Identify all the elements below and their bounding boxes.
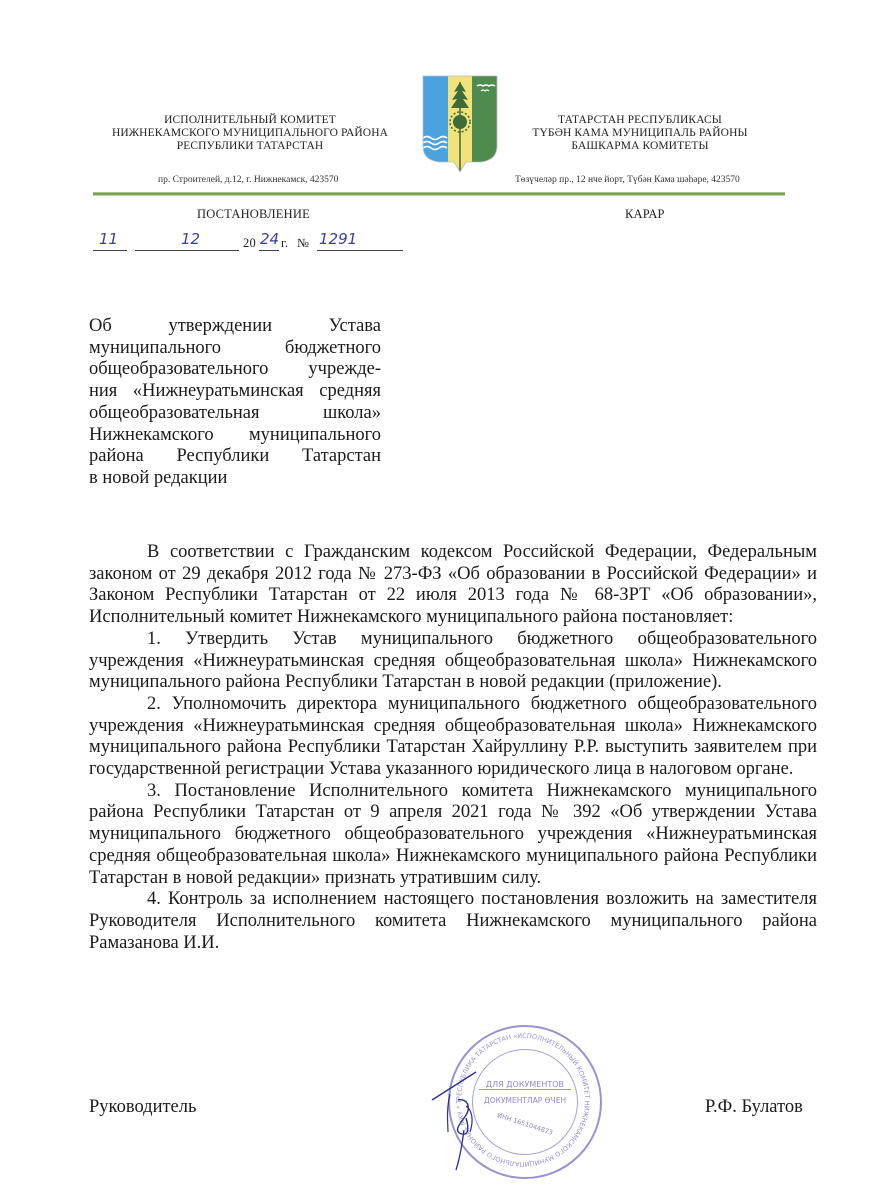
doc-title: Об утверждении Устава муниципального бюд…: [89, 316, 381, 490]
letterhead-left-address: пр. Строителей, д.12, г. Нижнекамск, 423…: [158, 175, 338, 185]
signature-position: Руководитель: [89, 1097, 196, 1118]
title-line: общеобразовательная школа»: [89, 403, 381, 425]
year-suffix: 24: [260, 230, 279, 248]
letterhead-left: ИСПОЛНИТЕЛЬНЫЙ КОМИТЕТ НИЖНЕКАМСКОГО МУН…: [100, 114, 400, 153]
letterhead-left-line-3: РЕСПУБЛИКИ ТАТАРСТАН: [100, 140, 400, 153]
doc-kind-ru: ПОСТАНОВЛЕНИЕ: [197, 207, 310, 222]
letterhead-divider: [93, 192, 785, 196]
letterhead-right: ТАТАРСТАН РЕСПУБЛИКАСЫ ТҮБӘН КАМА МУНИЦИ…: [500, 114, 780, 153]
letterhead-right-line-2: ТҮБӘН КАМА МУНИЦИПАЛЬ РАЙОНЫ: [500, 127, 780, 140]
handwritten-signature-icon: [428, 1070, 498, 1175]
letterhead-right-line-1: ТАТАРСТАН РЕСПУБЛИКАСЫ: [500, 114, 780, 127]
clause-3: 3. Постановление Исполнительного комитет…: [89, 781, 817, 890]
doc-date-line: 11 12 20 24 г. № 1291: [93, 232, 413, 256]
number-field: 1291: [317, 232, 403, 251]
year-prefix: 20: [243, 236, 256, 251]
title-line: района Республики Татарстан: [89, 446, 381, 468]
number-label: №: [297, 236, 309, 251]
day-field: 11: [93, 232, 127, 251]
doc-kind-tt: КАРАР: [625, 207, 665, 222]
letterhead-right-line-3: БАШКАРМА КОМИТЕТЫ: [500, 140, 780, 153]
title-line: Об утверждении Устава: [89, 316, 381, 338]
letterhead-right-address: Төзүчеләр пр., 12 нче йорт, Түбән Кама ш…: [515, 175, 740, 185]
month-value: 12: [181, 230, 200, 248]
preamble-paragraph: В соответствии с Гражданским кодексом Ро…: [89, 542, 817, 629]
doc-body: В соответствии с Гражданским кодексом Ро…: [89, 542, 817, 954]
clause-4: 4. Контроль за исполнением настоящего по…: [89, 889, 817, 954]
clause-2: 2. Уполномочить директора муниципального…: [89, 694, 817, 781]
day-value: 11: [99, 230, 118, 248]
clause-1: 1. Утвердить Устав муниципального бюджет…: [89, 629, 817, 694]
signature-name: Р.Ф. Булатов: [705, 1097, 803, 1118]
letterhead-left-line-1: ИСПОЛНИТЕЛЬНЫЙ КОМИТЕТ: [100, 114, 400, 127]
coat-of-arms-icon: [421, 74, 499, 174]
title-line: ния «Нижнеуратьминская средняя: [89, 381, 381, 403]
title-line: Нижнекамского муниципального: [89, 425, 381, 447]
title-line: муниципального бюджетного: [89, 338, 381, 360]
title-line: в новой редакции: [89, 468, 381, 490]
number-value: 1291: [319, 230, 357, 248]
letterhead-left-line-2: НИЖНЕКАМСКОГО МУНИЦИПАЛЬНОГО РАЙОНА: [100, 127, 400, 140]
month-field: 12: [135, 232, 239, 251]
year-field: 24: [259, 232, 279, 251]
year-label: г.: [281, 236, 288, 251]
title-line: общеобразовательного учрежде-: [89, 359, 381, 381]
